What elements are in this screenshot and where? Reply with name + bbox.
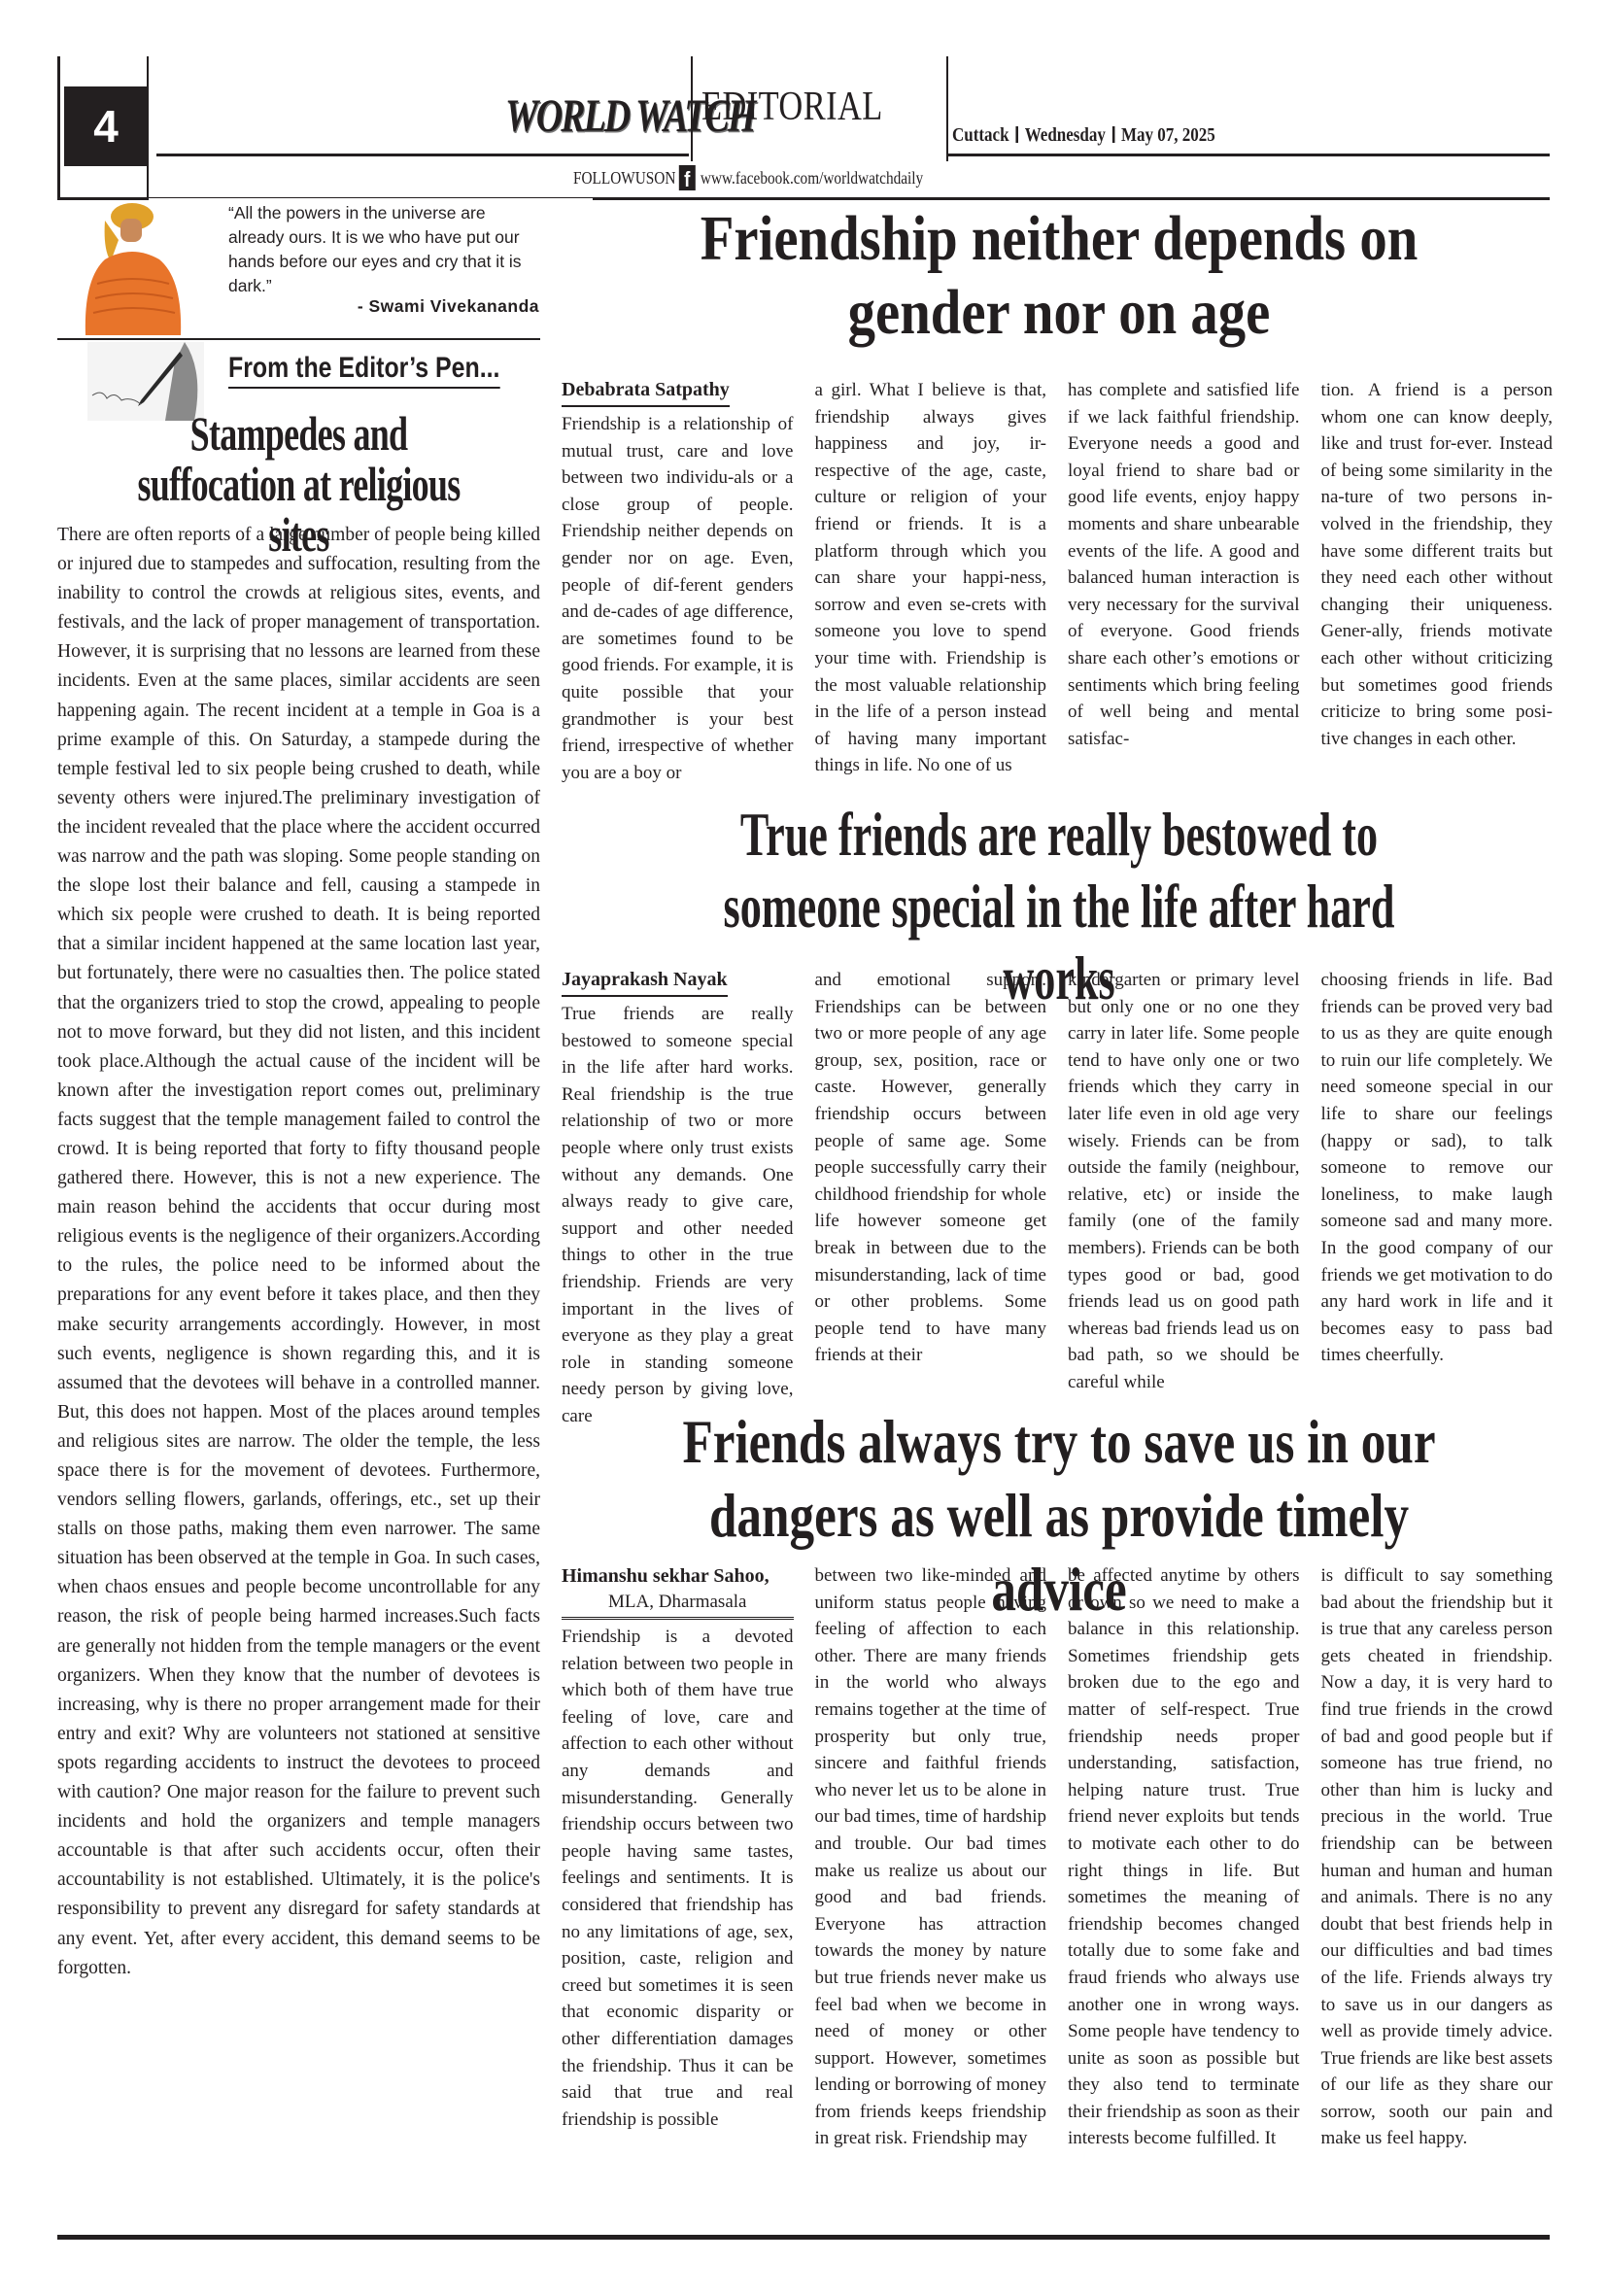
header-divider xyxy=(946,56,948,161)
article-1-headline: Friendship neither depends on gender nor… xyxy=(629,202,1489,350)
headline-top-rule xyxy=(593,197,1550,200)
column-text: Friendship is a relationship of mutual t… xyxy=(562,411,794,786)
article-2-body: Jayaprakash Nayak True friends are reall… xyxy=(562,967,1553,1430)
column-text: Friendship is a devoted relation between… xyxy=(562,1624,794,2133)
article-3-byline: Himanshu sekhar Sahoo, MLA, Dharmasala xyxy=(562,1562,794,1620)
article-column: Debabrata Satpathy Friendship is a relat… xyxy=(562,377,794,786)
quote-divider xyxy=(57,338,540,340)
article-column: Himanshu sekhar Sahoo, MLA, Dharmasala F… xyxy=(562,1562,794,2152)
header-divider xyxy=(691,56,693,161)
dateline-weekday: Wednesday xyxy=(1025,124,1106,146)
header-frame-bottom xyxy=(57,197,149,200)
dateline-separator xyxy=(1015,126,1018,143)
social-follow: FOLLOWUSON f www.facebook.com/worldwatch… xyxy=(573,165,923,190)
page-number: 4 xyxy=(64,86,148,166)
article-column: has complete and satisfied life if we la… xyxy=(1068,377,1300,786)
article-1-byline: Debabrata Satpathy xyxy=(562,377,730,407)
byline-name: Himanshu sekhar Sahoo, xyxy=(562,1562,794,1590)
article-column: choosing friends in life. Bad friends ca… xyxy=(1321,967,1554,1430)
dateline-city: Cuttack xyxy=(952,124,1009,146)
page-frame-left xyxy=(57,56,60,198)
article-column: tion. A friend is a person whom one can … xyxy=(1321,377,1554,786)
follow-label: FOLLOWUSON xyxy=(573,168,675,188)
swami-vivekananda-portrait xyxy=(76,201,188,335)
column-text: True friends are really bestowed to some… xyxy=(562,1001,794,1430)
page-bottom-rule xyxy=(57,2235,1550,2240)
header-rule xyxy=(947,154,1550,156)
section-title: EDITORIAL xyxy=(701,80,883,134)
header-rule xyxy=(156,154,689,156)
dateline: CuttackWednesdayMay 07, 2025 xyxy=(952,124,1215,147)
article-1-body: Debabrata Satpathy Friendship is a relat… xyxy=(562,377,1553,786)
article-column: and emotional support. Friendships can b… xyxy=(815,967,1047,1430)
article-column: is difficult to say something bad about … xyxy=(1321,1562,1554,2152)
facebook-icon: f xyxy=(679,165,696,190)
article-column: a girl. What I believe is that, friendsh… xyxy=(815,377,1047,786)
article-2-byline: Jayaprakash Nayak xyxy=(562,967,728,997)
article-3-body: Himanshu sekhar Sahoo, MLA, Dharmasala F… xyxy=(562,1562,1553,2152)
byline-title: MLA, Dharmasala xyxy=(562,1590,794,1615)
quote-top-rule xyxy=(149,197,593,198)
article-column: be affected anytime by others or own so … xyxy=(1068,1562,1300,2152)
editorial-body: There are often reports of a large numbe… xyxy=(57,521,540,1983)
quote-author: - Swami Vivekananda xyxy=(228,296,539,317)
dateline-date: May 07, 2025 xyxy=(1121,124,1215,146)
masthead-logo: WORLD WATCH xyxy=(505,71,690,163)
article-column: Jayaprakash Nayak True friends are reall… xyxy=(562,967,794,1430)
article-column: between two like-minded and uniform stat… xyxy=(815,1562,1047,2152)
dateline-separator xyxy=(1112,126,1115,143)
article-column: kindergarten or primary level but only o… xyxy=(1068,967,1300,1430)
editor-column-label: From the Editor’s Pen... xyxy=(228,350,499,389)
facebook-url[interactable]: www.facebook.com/worldwatchdaily xyxy=(701,168,923,188)
quote-text: “All the powers in the universe are alre… xyxy=(228,201,539,298)
